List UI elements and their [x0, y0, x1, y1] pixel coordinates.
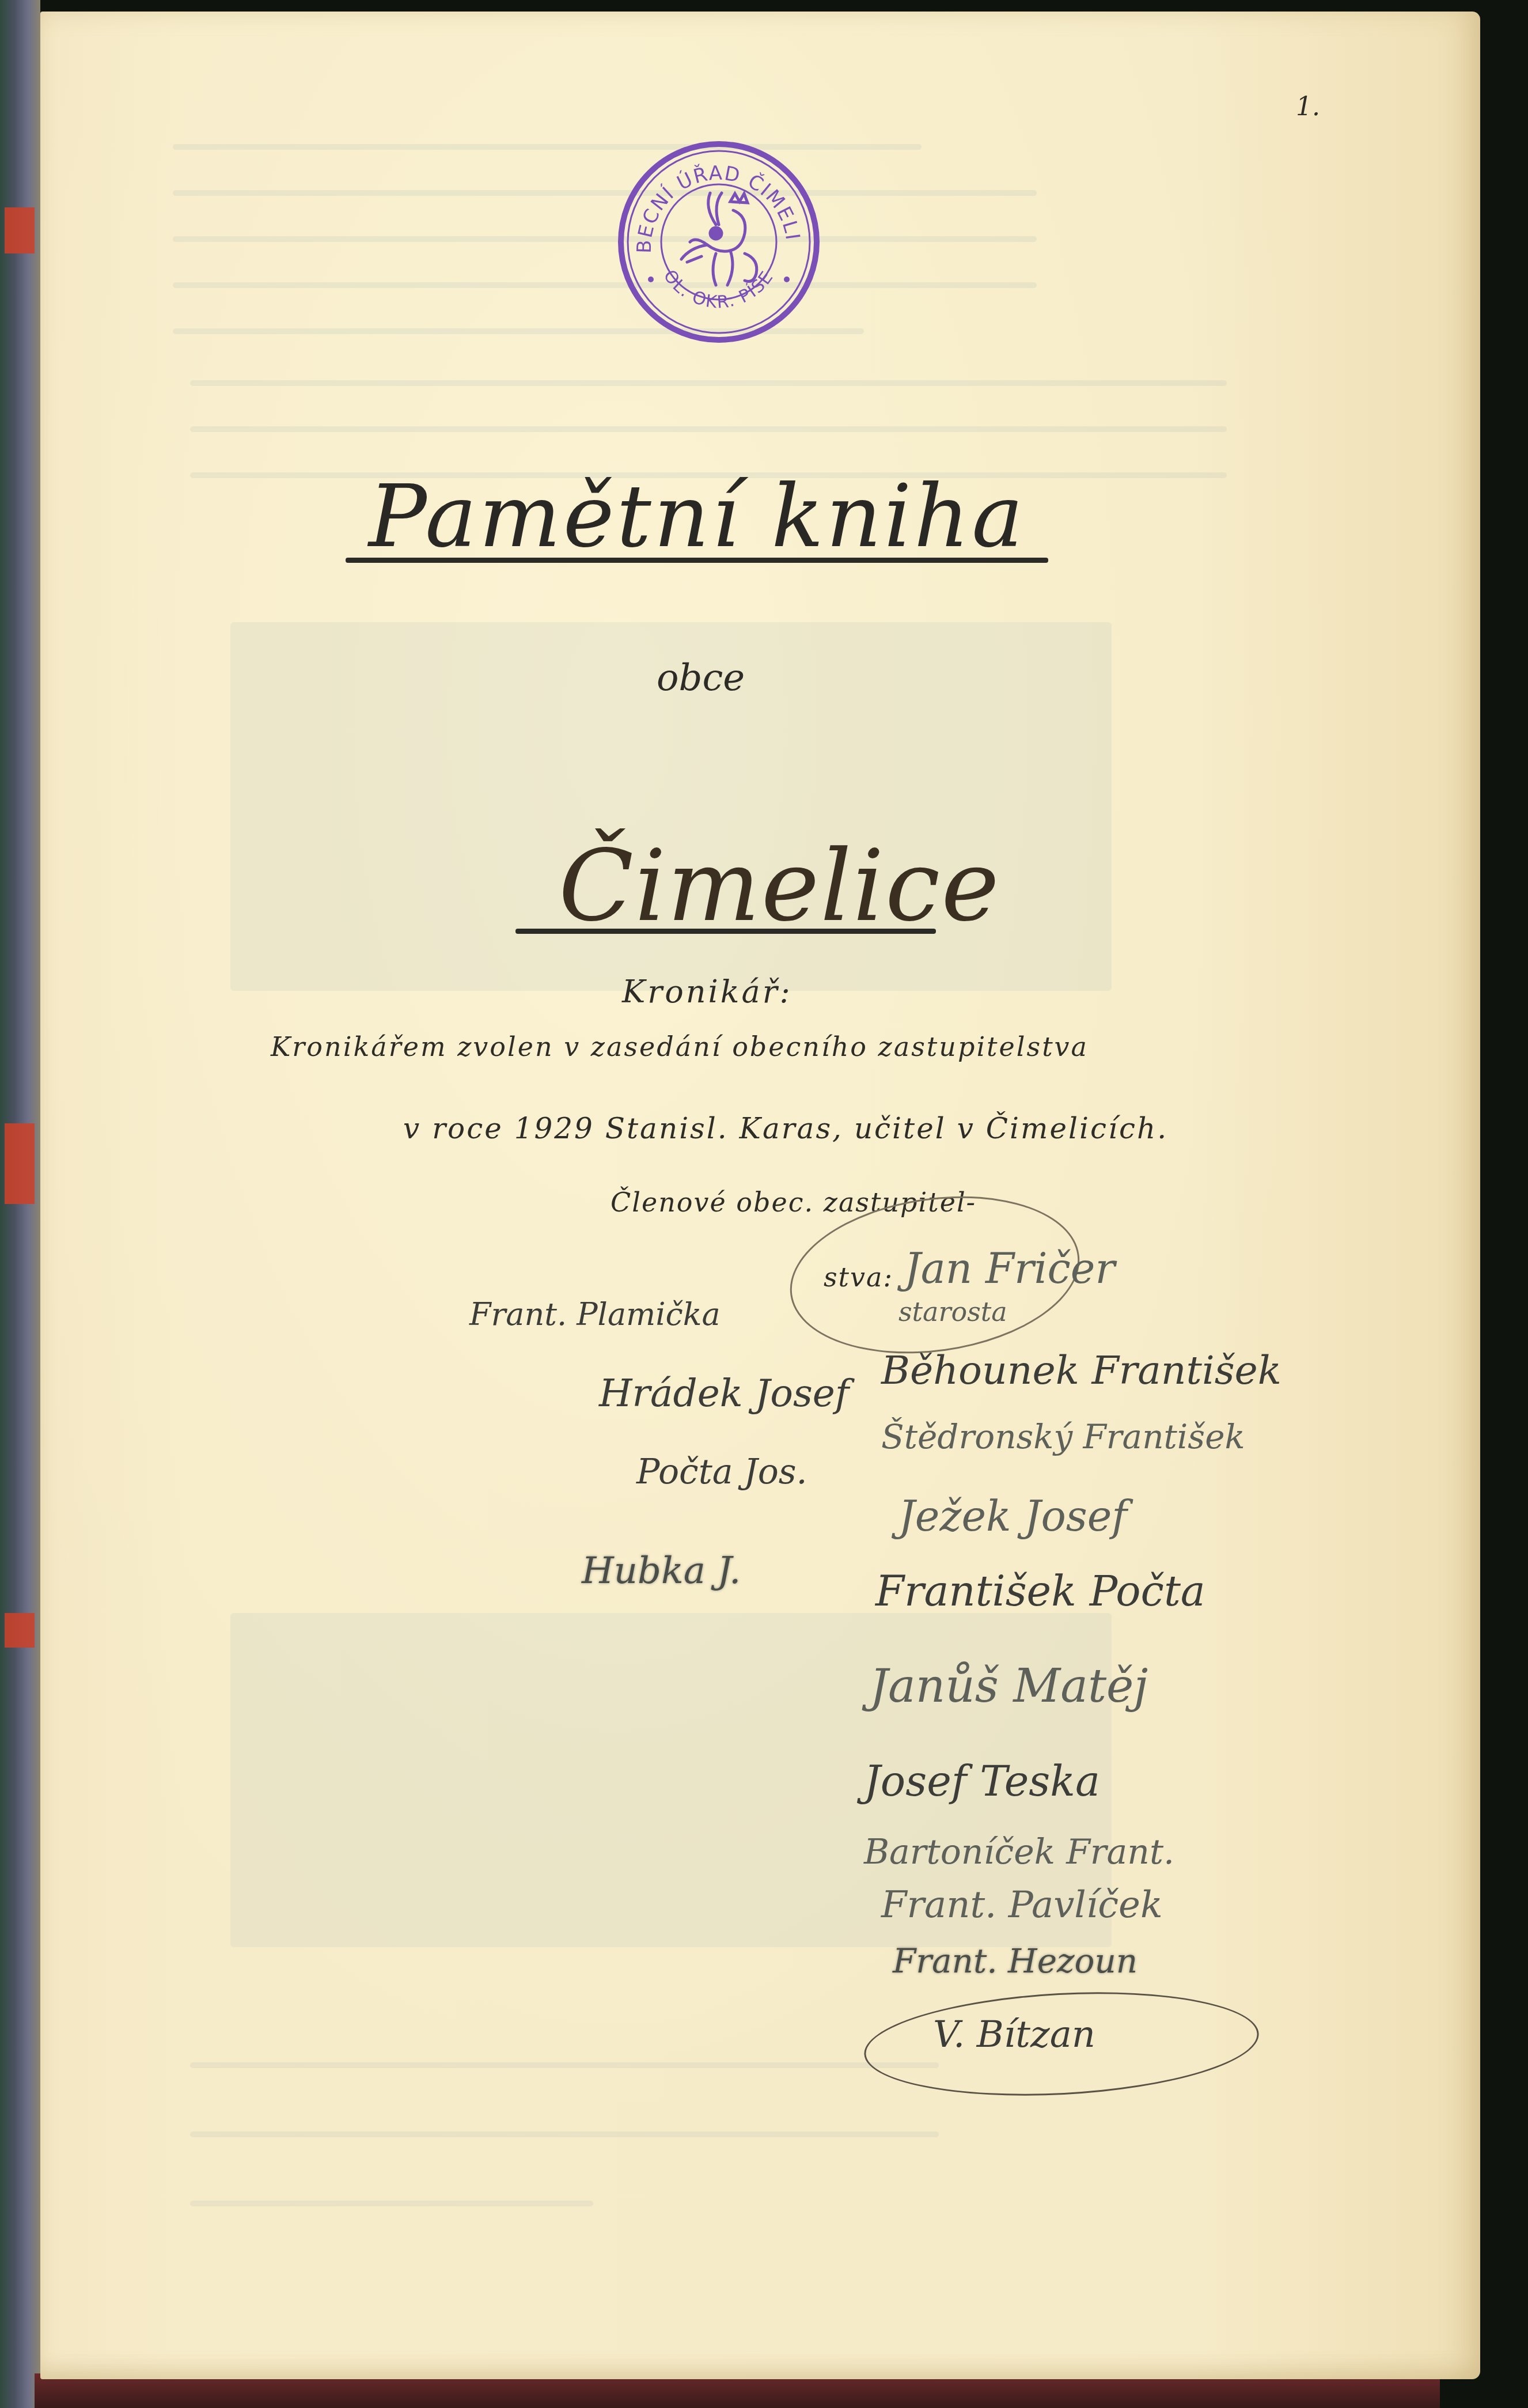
bleed-through-text	[190, 2201, 593, 2206]
book-cover-top-edge	[0, 0, 1528, 8]
signature-mayor-role: starosta	[898, 1296, 1007, 1327]
signature: František Počta	[875, 1567, 1205, 1615]
bleed-through-text	[190, 2062, 939, 2068]
signature: Frant. Pavlíček	[881, 1884, 1163, 1926]
municipal-stamp: OBECNÍ ÚŘAD ČIMELICE POL. OKR. PÍSEK	[615, 138, 822, 346]
signature: Frant. Plamička	[469, 1296, 721, 1332]
page-number: 1.	[1296, 92, 1320, 122]
place-name: Čimelice	[559, 830, 1000, 944]
signature: Běhounek František	[881, 1348, 1281, 1394]
title-underline	[346, 558, 1048, 563]
signature: Počta Jos.	[636, 1452, 807, 1492]
signature: Bartoníček Frant.	[864, 1832, 1174, 1872]
chronicler-label: Kronikář:	[622, 974, 793, 1010]
signature: Hubka J.	[582, 1550, 741, 1592]
spine-thread-red	[5, 1123, 35, 1204]
signature: Štědronský František	[881, 1417, 1245, 1456]
bleed-through-text	[173, 236, 1037, 242]
bleed-through-text	[173, 190, 1037, 196]
bleed-through-text	[173, 282, 1037, 288]
signature: Josef Teska	[864, 1757, 1100, 1805]
bleed-through-text	[190, 380, 1227, 386]
bleed-through-text	[190, 2131, 939, 2137]
subtitle-connector: obce	[657, 657, 745, 699]
chronicler-election-text: Kronikářem zvolen v zasedání obecního za…	[271, 1031, 1089, 1062]
book-spine	[0, 0, 40, 2408]
document-title: Pamětní kniha	[369, 467, 1026, 567]
place-name-underline	[515, 929, 936, 934]
chronicler-name-text: v roce 1929 Stanisl. Karas, učitel v Čim…	[403, 1112, 1168, 1145]
signature: Hrádek Josef	[599, 1371, 849, 1415]
spine-thread-red	[5, 207, 35, 253]
stamp-icon: OBECNÍ ÚŘAD ČIMELICE POL. OKR. PÍSEK	[615, 138, 822, 346]
lion-icon	[681, 193, 757, 285]
signature: Janůš Matěj	[870, 1659, 1148, 1713]
signature: Frant. Hezoun	[893, 1941, 1138, 1981]
signature: Ježek Josef	[898, 1492, 1127, 1540]
signature: V. Bítzan	[933, 2013, 1095, 2056]
bleed-through-text	[190, 426, 1227, 432]
spine-thread-red	[5, 1613, 35, 1648]
signature-mayor: Jan Fričer	[904, 1244, 1115, 1293]
